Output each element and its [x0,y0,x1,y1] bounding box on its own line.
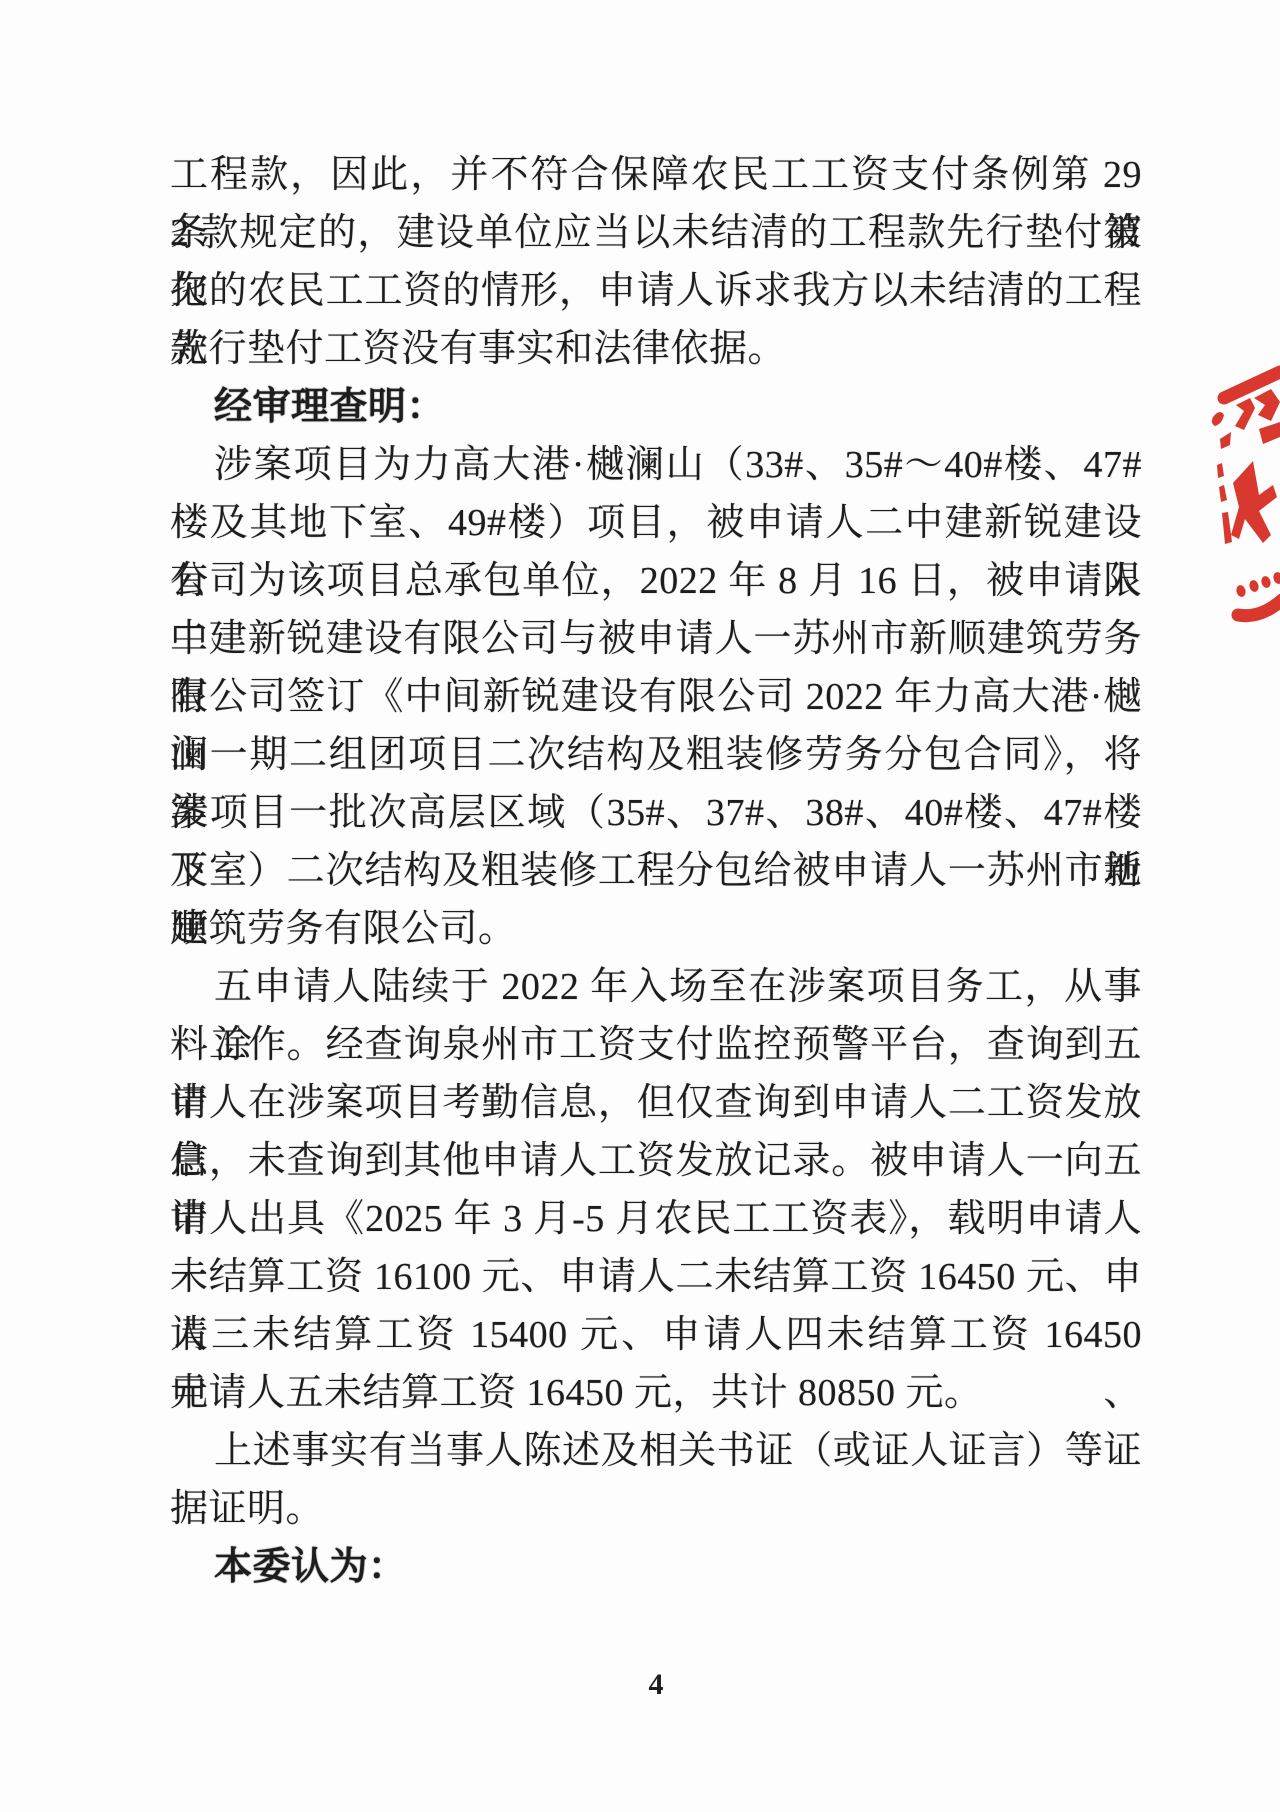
text-line: 工程款，因此，并不符合保障农民工工资支付条例第 29 条第 [170,146,1142,204]
text-line: 2 款规定的，建设单位应当以未结清的工程款先行垫付被拖 [170,204,1142,262]
text-line: 请人在涉案项目考勤信息，但仅查询到申请人二工资发放信 [170,1074,1142,1132]
text-line: 息，未查询到其他申请人工资发放记录。被申请人一向五申 [170,1132,1142,1190]
text-line: 上述事实有当事人陈述及相关书证（或证人证言）等证 [170,1422,1142,1480]
document-body: 工程款，因此，并不符合保障农民工工资支付条例第 29 条第 2 款规定的，建设单… [170,146,1142,1596]
text-line: 料工作。经查询泉州市工资支付监控预警平台，查询到五申 [170,1016,1142,1074]
text-line: 请人出具《2025 年 3 月-5 月农民工工资表》，载明申请人一 [170,1190,1142,1248]
red-stamp-fragment-icon [1195,365,1280,665]
document-page: 工程款，因此，并不符合保障农民工工资支付条例第 29 条第 2 款规定的，建设单… [0,0,1280,1812]
text-line: 楼及其地下室、49#楼）项目，被申请人二中建新锐建设有限 [170,494,1142,552]
text-line: 先行垫付工资没有事实和法律依据。 [170,320,1142,378]
text-line: 五申请人陆续于 2022 年入场至在涉案项目务工，从事涂 [170,958,1142,1016]
page-number: 4 [170,1668,1142,1702]
text-line: 限公司签订《中间新锐建设有限公司 2022 年力高大港·樾澜 [170,668,1142,726]
text-line: 欠的农民工工资的情形，申请人诉求我方以未结清的工程款 [170,262,1142,320]
text-line: 中建新锐建设有限公司与被申请人一苏州市新顺建筑劳务有 [170,610,1142,668]
section-heading: 本委认为： [170,1538,1142,1596]
text-line: 据证明。 [170,1480,1142,1538]
text-line: 下室）二次结构及粗装修工程分包给被申请人一苏州市新顺 [170,842,1142,900]
section-heading: 经审理查明： [170,378,1142,436]
text-line: 建筑劳务有限公司。 [170,900,1142,958]
text-line: 人三未结算工资 15400 元、申请人四未结算工资 16450 元、 [170,1306,1142,1364]
text-line: 未结算工资 16100 元、申请人二未结算工资 16450 元、申请 [170,1248,1142,1306]
text-line: 案项目一批次高层区域（35#、37#、38#、40#楼、47#楼及地 [170,784,1142,842]
text-line: 涉案项目为力高大港·樾澜山（33#、35#～40#楼、47# [170,436,1142,494]
text-line: 山一期二组团项目二次结构及粗装修劳务分包合同》，将涉 [170,726,1142,784]
text-line: 公司为该项目总承包单位，2022 年 8 月 16 日，被申请人二 [170,552,1142,610]
